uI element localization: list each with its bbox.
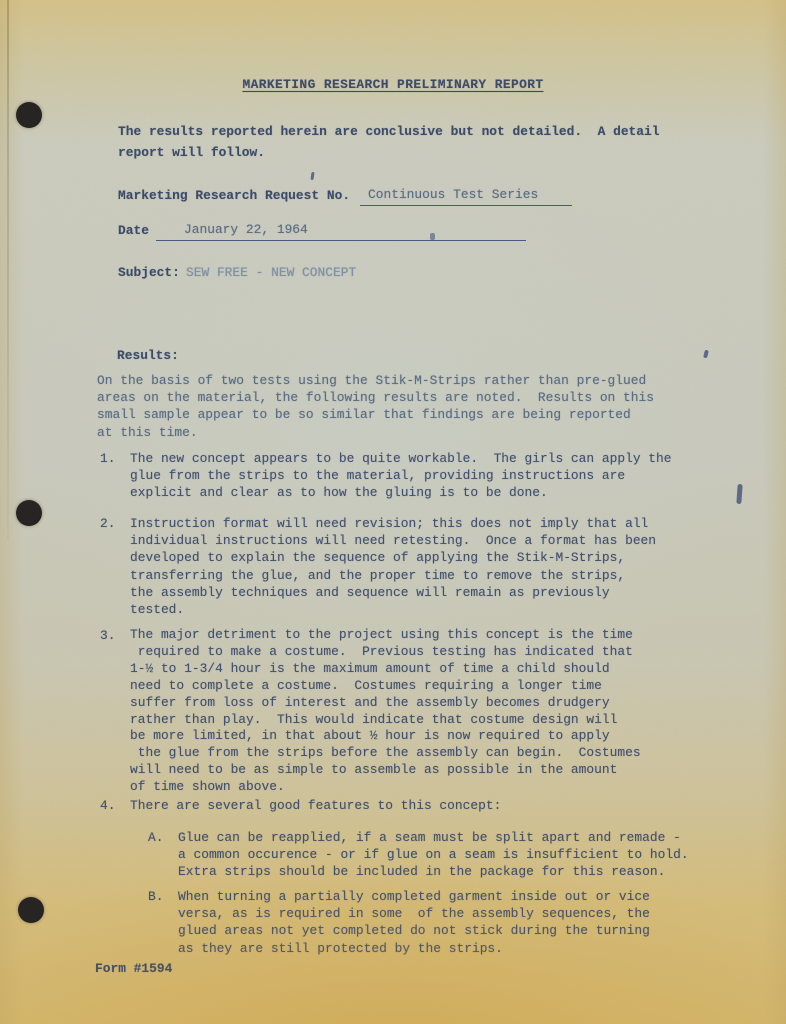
request-label: Marketing Research Request No. <box>118 187 350 204</box>
item-text: The major detriment to the project using… <box>130 627 641 796</box>
item-number: 1. <box>100 450 115 467</box>
punch-hole-icon <box>16 500 42 526</box>
ink-mark <box>736 484 742 504</box>
ink-speck <box>430 233 435 240</box>
item-text: The new concept appears to be quite work… <box>130 450 672 502</box>
feature-text: When turning a partially completed garme… <box>178 888 650 957</box>
date-label: Date <box>118 222 149 239</box>
item-number: 2. <box>100 515 115 532</box>
ink-speck <box>703 350 709 359</box>
feature-letter: A. <box>148 829 163 846</box>
punch-hole-icon <box>18 897 44 923</box>
item-number: 4. <box>100 797 115 814</box>
scanned-report-page: MARKETING RESEARCH PRELIMINARY REPORT Th… <box>0 0 786 1024</box>
subject-label: Subject: <box>118 264 180 281</box>
punch-hole-icon <box>16 102 42 128</box>
subject-value: SEW FREE - NEW CONCEPT <box>186 264 356 281</box>
item-text: Instruction format will need revision; t… <box>130 515 656 618</box>
results-paragraph: On the basis of two tests using the Stik… <box>97 372 654 441</box>
form-number: Form #1594 <box>95 960 172 977</box>
request-value: Continuous Test Series <box>360 186 572 206</box>
item-number: 3. <box>100 627 115 644</box>
results-heading: Results: <box>117 347 179 364</box>
feature-letter: B. <box>148 888 163 905</box>
feature-text: Glue can be reapplied, if a seam must be… <box>178 829 689 881</box>
ink-speck <box>310 172 314 180</box>
report-title: MARKETING RESEARCH PRELIMINARY REPORT <box>0 76 786 93</box>
item-text: There are several good features to this … <box>130 797 501 814</box>
date-value: January 22, 1964 <box>156 221 526 241</box>
intro-paragraph: The results reported herein are conclusi… <box>118 121 660 163</box>
